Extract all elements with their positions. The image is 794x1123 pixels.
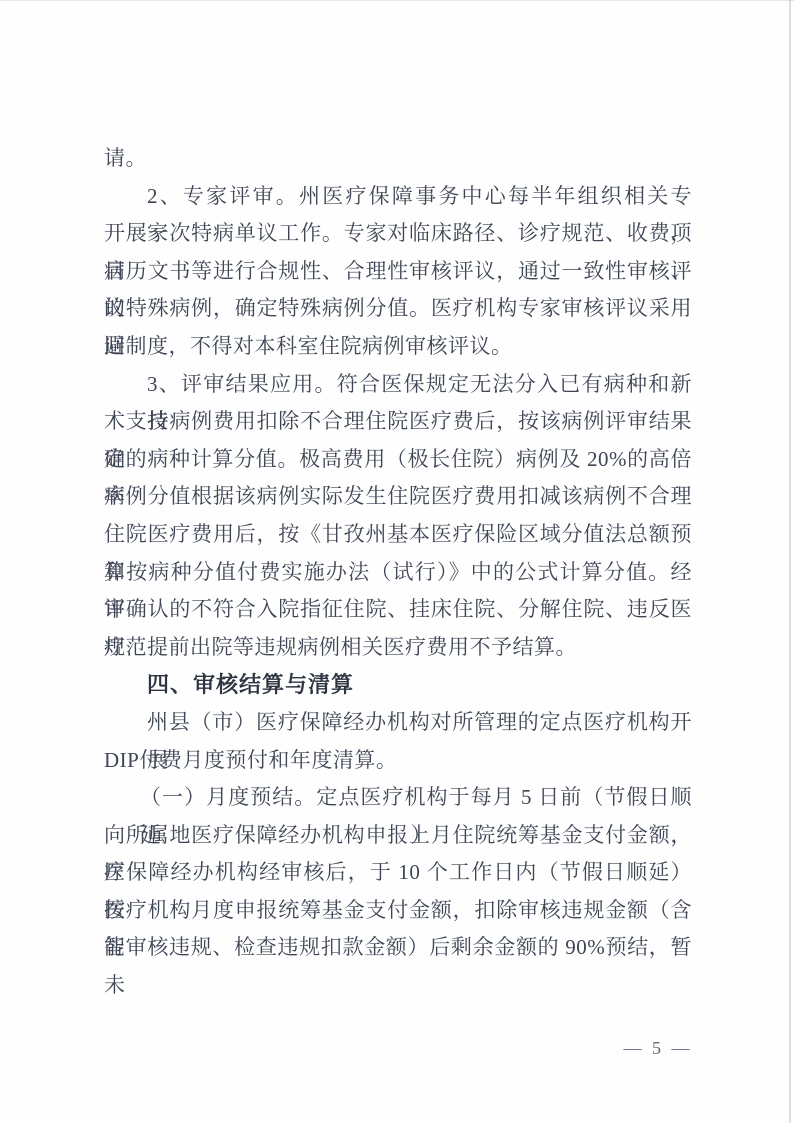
text-line: 审确认的不符合入院指征住院、挂床住院、分解住院、违反医疗 [104,591,692,629]
text-line: 病例分值根据该病例实际发生住院医疗费用扣减该病例不合理 [104,478,692,516]
scan-edge-top-artifact [0,0,794,1]
page-number: — 5 — [618,1038,698,1059]
text-line: 州县（市）医疗保障经办机构对所管理的定点医疗机构开展 [104,704,692,742]
text-line: 能审核违规、检查违规扣款金额）后剩余金额的 90%预结，暂未 [104,929,692,967]
document-page: 请。 2、专家评审。州医疗保障事务中心每半年组织相关专家， 开展一次特病单议工作… [0,0,794,1123]
text-line: 规范提前出院等违规病例相关医疗费用不予结算。 [104,629,692,667]
text-line: 住院医疗费用后，按《甘孜州基本医疗保险区域分值法总额预算 [104,516,692,554]
text-line: 开展一次特病单议工作。专家对临床路径、诊疗规范、收费项目、 [104,215,692,253]
text-line: 疗保障经办机构经审核后，于 10 个工作日内（节假日顺延）按 [104,854,692,892]
text-line: 定的病种计算分值。极高费用（极长住院）病例及 20%的高倍率 [104,441,692,479]
text-line: 3、评审结果应用。符合医保规定无法分入已有病种和新技 [104,366,692,404]
section-heading: 四、审核结算与清算 [104,666,692,704]
text-line: 请。 [104,140,692,178]
text-line: 2、专家评审。州医疗保障事务中心每半年组织相关专家， [104,178,692,216]
text-line: 向所属地医疗保障经办机构申报上月住院统筹基金支付金额，医 [104,817,692,855]
text-line: DIP付费月度预付和年度清算。 [104,742,692,780]
scan-edge-right-artifact [789,0,791,1123]
text-line: （一）月度预结。定点医疗机构于每月 5 日前（节假日顺延）， [104,779,692,817]
text-line: 的特殊病例，确定特殊病例分值。医疗机构专家审核评议采用回 [104,290,692,328]
text-line: 术支持病例费用扣除不合理住院医疗费后，按该病例评审结果确 [104,403,692,441]
text-line: 病历文书等进行合规性、合理性审核评议，通过一致性审核评议 [104,253,692,291]
text-line: 和按病种分值付费实施办法（试行）》中的公式计算分值。经评 [104,554,692,592]
text-line: 医疗机构月度申报统筹基金支付金额，扣除审核违规金额（含智 [104,892,692,930]
text-line: 避制度，不得对本科室住院病例审核评议。 [104,328,692,366]
document-text-block: 请。 2、专家评审。州医疗保障事务中心每半年组织相关专家， 开展一次特病单议工作… [104,140,692,967]
